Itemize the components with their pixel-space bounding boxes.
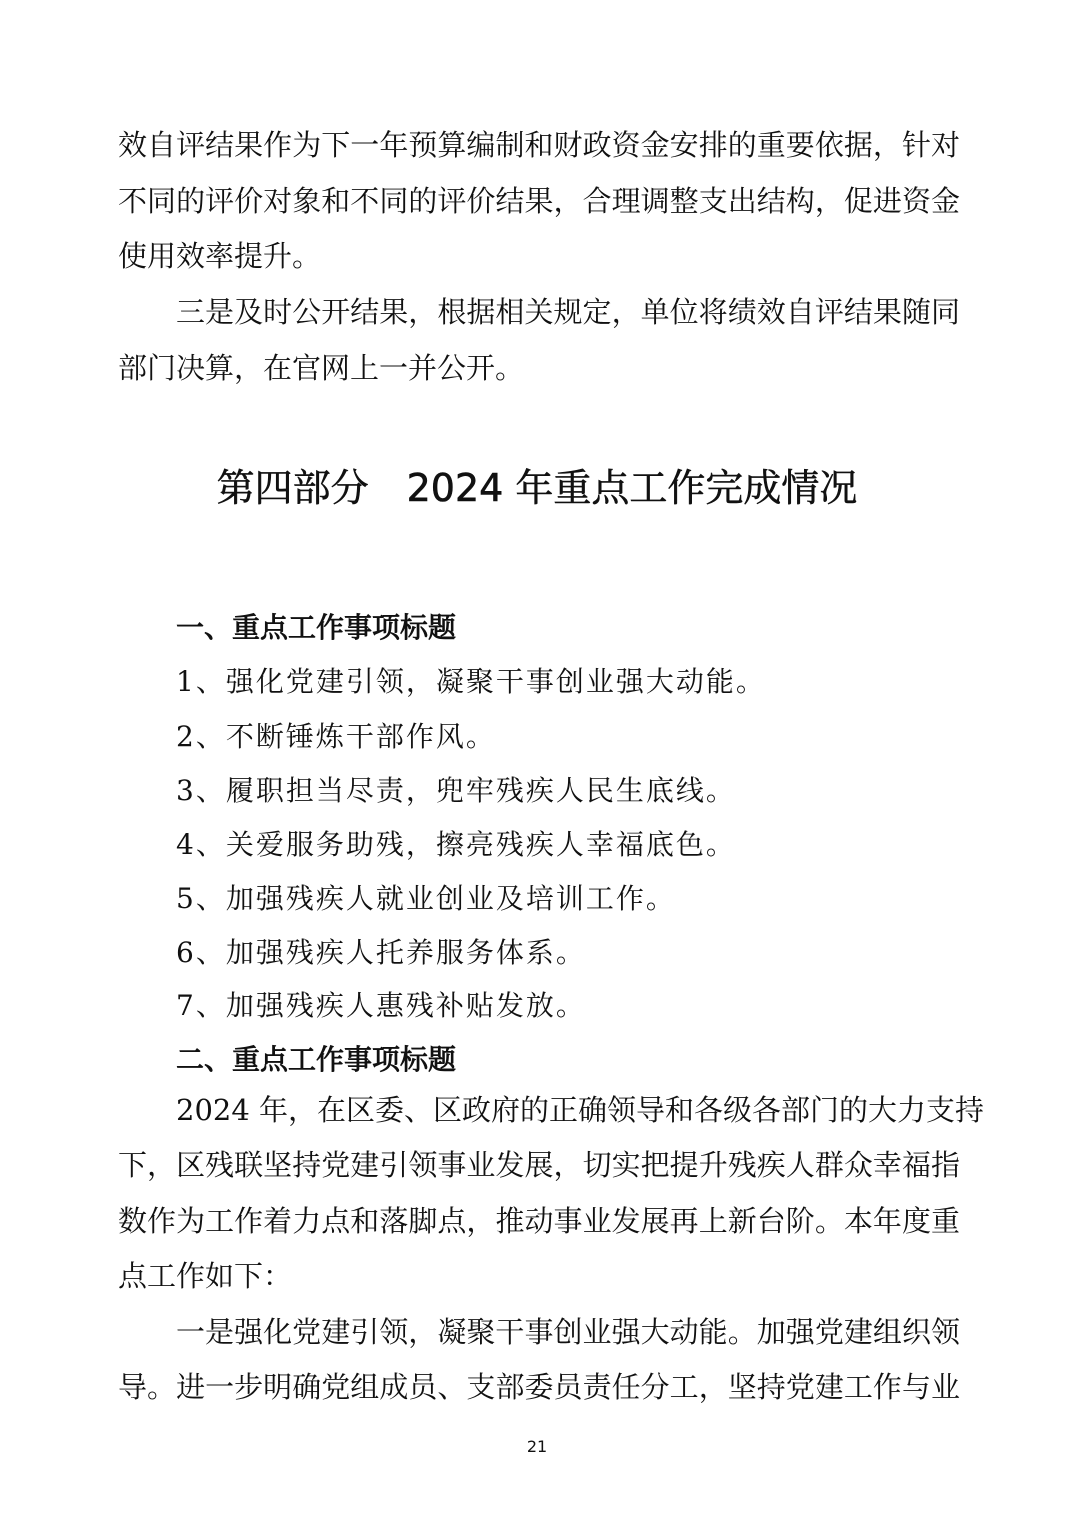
paragraph-line: 效自评结果作为下一年预算编制和财政资金安排的重要依据，针对	[118, 125, 960, 165]
paragraph-line: 下，区残联坚持党建引领事业发展，切实把提升残疾人群众幸福指	[118, 1145, 960, 1185]
paragraph-line: 一是强化党建引领，凝聚干事创业强大动能。加强党建组织领	[176, 1312, 960, 1352]
subsection-heading: 二、重点工作事项标题	[176, 1040, 456, 1080]
list-item: 2、不断锤炼干部作风。	[176, 717, 496, 757]
paragraph-line: 数作为工作着力点和落脚点，推动事业发展再上新台阶。本年度重	[118, 1201, 960, 1241]
list-item: 3、履职担当尽责，兜牢残疾人民生底线。	[176, 771, 736, 811]
list-item: 6、加强残疾人托养服务体系。	[176, 933, 586, 973]
document-page: 效自评结果作为下一年预算编制和财政资金安排的重要依据，针对 不同的评价对象和不同…	[0, 0, 1074, 1520]
paragraph-line: 点工作如下：	[118, 1256, 960, 1296]
list-item: 7、加强残疾人惠残补贴发放。	[176, 986, 586, 1026]
section-title: 第四部分 2024 年重点工作完成情况	[0, 462, 1074, 514]
paragraph-line: 使用效率提升。	[118, 236, 960, 276]
paragraph-line: 不同的评价对象和不同的评价结果，合理调整支出结构，促进资金	[118, 181, 960, 221]
paragraph-line: 部门决算，在官网上一并公开。	[118, 348, 960, 388]
list-item: 4、关爱服务助残，擦亮残疾人幸福底色。	[176, 825, 736, 865]
list-item: 1、强化党建引领，凝聚干事创业强大动能。	[176, 662, 766, 702]
paragraph-line: 2024 年，在区委、区政府的正确领导和各级各部门的大力支持	[176, 1090, 960, 1130]
subsection-heading: 一、重点工作事项标题	[176, 608, 456, 648]
paragraph-line: 导。进一步明确党组成员、支部委员责任分工，坚持党建工作与业	[118, 1367, 960, 1407]
list-item: 5、加强残疾人就业创业及培训工作。	[176, 879, 676, 919]
page-number: 21	[0, 1436, 1074, 1458]
paragraph-line: 三是及时公开结果，根据相关规定，单位将绩效自评结果随同	[176, 292, 960, 332]
